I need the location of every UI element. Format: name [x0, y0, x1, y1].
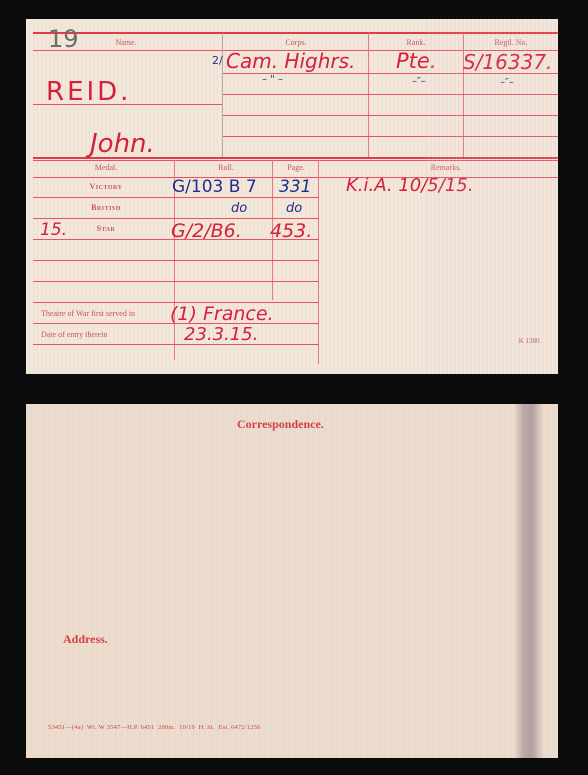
rank-value: Pte. [396, 51, 437, 72]
remarks-header: Remarks. [406, 163, 486, 172]
medal-name: British [66, 203, 146, 212]
medal-index-card-back: Correspondence. Address. 53451—(4a) Wt. … [26, 404, 558, 758]
pencil-annotation: 19 [48, 27, 79, 51]
forename: John. [90, 131, 155, 157]
regt-label: Regtl. No. [471, 38, 551, 47]
print-code-line: 53451—(4a) Wt. W 3547—H.P. 6451 200m. 10… [48, 724, 261, 731]
medal-index-card-front: Name. Corps. Rank. Regtl. No. 19 REID. J… [26, 19, 558, 374]
theatre-label: Theatre of War first served in [41, 309, 176, 318]
corps-prefix: 2/ [212, 55, 223, 66]
corps-label: Corps. [256, 38, 336, 47]
remarks-value: K.i.A. 10/5/15. [346, 177, 473, 195]
correspondence-heading: Correspondence. [237, 417, 324, 432]
theatre-value: (1) France. [170, 305, 274, 324]
medal-row-rule [33, 218, 319, 219]
medal-header-top-rule [33, 160, 558, 161]
medal-name: Star [66, 224, 146, 233]
medal-header: Medal. [76, 163, 136, 172]
roll-value: do [231, 202, 247, 215]
top-rule [33, 32, 558, 34]
surname: REID. [46, 79, 131, 105]
corps-value: Cam. Highrs. [226, 51, 355, 71]
date-entry-value: 23.3.15. [184, 326, 258, 344]
corps-row-rule-2 [223, 94, 558, 95]
name-corps-divider [222, 33, 223, 158]
name-label: Name. [86, 38, 166, 47]
corps-row-rule-4 [223, 136, 558, 137]
corps-rank-divider [368, 33, 369, 158]
rank-label: Rank. [376, 38, 456, 47]
scan-shadow-streak [514, 404, 544, 758]
medal-prefix: 15. [40, 222, 67, 239]
roll-value: G/103 B 7 [172, 179, 257, 196]
medal-row-rule [33, 281, 319, 282]
date-entry-label: Date of entry therein [41, 330, 176, 339]
page-value: 453. [270, 222, 312, 241]
corps-row-rule-3 [223, 115, 558, 116]
regt-ditto: –″– [500, 78, 514, 88]
medal-name: Victory [66, 182, 146, 191]
rank-ditto: –″– [412, 77, 426, 87]
page-value: do [286, 202, 302, 215]
page-value: 331 [279, 179, 311, 196]
form-code: K 1380. [510, 337, 550, 345]
medal-row-rule [33, 260, 319, 261]
page-header: Page. [274, 163, 318, 172]
date-row-rule [33, 344, 319, 345]
roll-header: Roll. [196, 163, 256, 172]
corps-ditto: – " – [262, 75, 283, 85]
page-remarks-divider [318, 160, 319, 364]
address-heading: Address. [63, 632, 108, 647]
roll-value: G/2/B6. [171, 222, 242, 241]
regt-no-value: S/16337. [463, 52, 552, 72]
medal-row-rule [33, 197, 319, 198]
